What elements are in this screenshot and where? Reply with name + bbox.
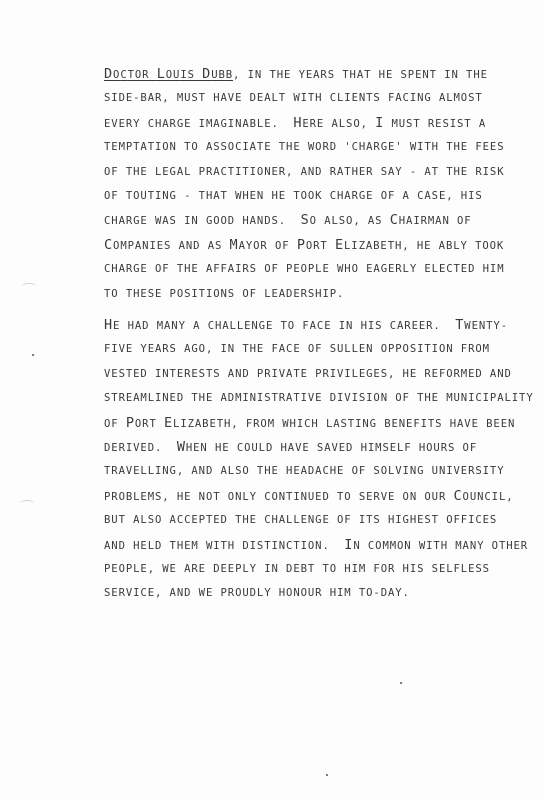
- text-line: COMPANIES AND AS MAYOR OF PORT ELIZABETH…: [104, 233, 534, 257]
- text-line: EVERY CHARGE IMAGINABLE. HERE ALSO, I MU…: [104, 111, 534, 135]
- text-line: CHARGE WAS IN GOOD HANDS. SO ALSO, AS CH…: [104, 208, 534, 232]
- text-line: DOCTOR LOUIS DUBB, IN THE YEARS THAT HE …: [104, 62, 534, 86]
- paragraph-1: DOCTOR LOUIS DUBB, IN THE YEARS THAT HE …: [104, 62, 534, 306]
- scan-speck: [32, 354, 34, 356]
- text-line: TO THESE POSITIONS OF LEADERSHIP.: [104, 282, 534, 306]
- text-line: SERVICE, AND WE PROUDLY HONOUR HIM TO-DA…: [104, 581, 534, 605]
- underlined-name: DOCTOR LOUIS DUBB: [104, 69, 233, 81]
- text-line: OF PORT ELIZABETH, FROM WHICH LASTING BE…: [104, 411, 534, 435]
- text-line: HE HAD MANY A CHALLENGE TO FACE IN HIS C…: [104, 313, 534, 337]
- text-line: FIVE YEARS AGO, IN THE FACE OF SULLEN OP…: [104, 337, 534, 361]
- text-line: OF TOUTING - THAT WHEN HE TOOK CHARGE OF…: [104, 184, 534, 208]
- text-line: OF THE LEGAL PRACTITIONER, AND RATHER SA…: [104, 160, 534, 184]
- scan-mark: [20, 500, 34, 507]
- document-page: DOCTOR LOUIS DUBB, IN THE YEARS THAT HE …: [0, 0, 544, 800]
- text-line: SIDE-BAR, MUST HAVE DEALT WITH CLIENTS F…: [104, 86, 534, 110]
- text-line: STREAMLINED THE ADMINISTRATIVE DIVISION …: [104, 386, 534, 410]
- text-line: TEMPTATION TO ASSOCIATE THE WORD 'CHARGE…: [104, 135, 534, 159]
- scan-mark: [22, 283, 36, 290]
- text-line: DERIVED. WHEN HE COULD HAVE SAVED HIMSEL…: [104, 435, 534, 459]
- text-line: CHARGE OF THE AFFAIRS OF PEOPLE WHO EAGE…: [104, 257, 534, 281]
- text-line: PROBLEMS, HE NOT ONLY CONTINUED TO SERVE…: [104, 484, 534, 508]
- text-line: VESTED INTERESTS AND PRIVATE PRIVILEGES,…: [104, 362, 534, 386]
- text-line: BUT ALSO ACCEPTED THE CHALLENGE OF ITS H…: [104, 508, 534, 532]
- text-line: TRAVELLING, AND ALSO THE HEADACHE OF SOL…: [104, 459, 534, 483]
- scan-speck: [400, 682, 402, 684]
- text-line: AND HELD THEM WITH DISTINCTION. IN COMMO…: [104, 533, 534, 557]
- scan-speck: [326, 774, 328, 776]
- text-line: PEOPLE, WE ARE DEEPLY IN DEBT TO HIM FOR…: [104, 557, 534, 581]
- paragraph-2: HE HAD MANY A CHALLENGE TO FACE IN HIS C…: [104, 313, 534, 606]
